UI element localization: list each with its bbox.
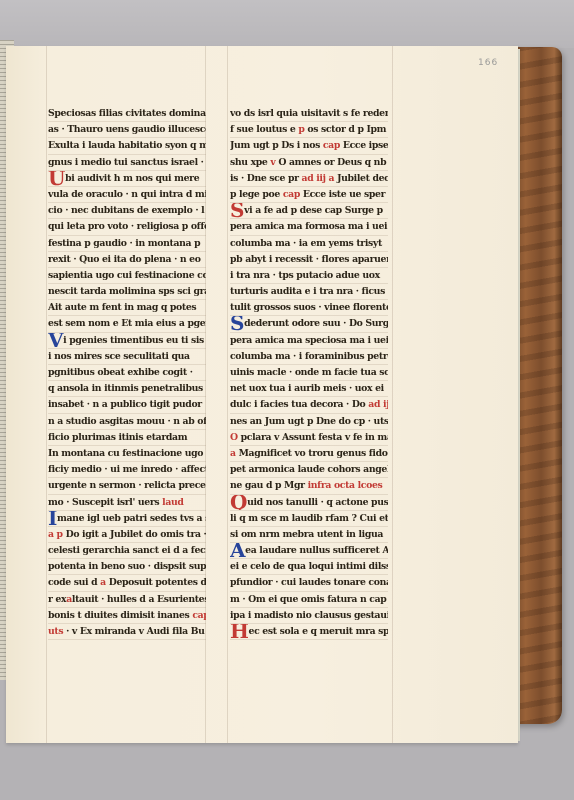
rubric: cap xyxy=(323,140,340,151)
text-line: i tra nra · tps putacio adue uox xyxy=(230,268,388,284)
rubric: a xyxy=(100,577,106,588)
text-line: p lege poe cap Ecce iste ue sper xyxy=(230,187,388,203)
rubric: a xyxy=(66,594,72,605)
text-line: Quid nos tanulli · q actone pusil xyxy=(230,495,388,511)
text-line: Hec est sola e q meruit mra sposa xyxy=(230,624,388,640)
text-line: ne gau d p Mgr infra octa lcoes xyxy=(230,478,388,494)
rubric: O xyxy=(230,432,238,443)
text-line: gnus i medio tui sanctus israel · Than · xyxy=(48,155,206,171)
ruling-line xyxy=(227,46,228,743)
right-text-column: vo ds isrl quia uisitavit s fe redempcon… xyxy=(230,106,388,640)
text-line: is · Dne sce pr ad iij a Jubilet deo · xyxy=(230,171,388,187)
rubric: a xyxy=(230,448,236,459)
rubric: ad ij xyxy=(368,399,388,410)
text-line: cio · nec dubitans de exemplo · l xyxy=(48,203,206,219)
text-line: nescit tarda molimina sps sci gra · xyxy=(48,284,206,300)
text-line: O pclara v Assunt festa v fe in mag xyxy=(230,430,388,446)
text-line: pb abyt i recessit · flores aparuert xyxy=(230,252,388,268)
text-line: est sem nom e Et mia eius a pgenie xyxy=(48,316,206,332)
text-line: vo ds isrl quia uisitavit s fe redempcon… xyxy=(230,106,388,122)
text-line: vula de oraculo · n qui intra d mi xyxy=(48,187,206,203)
text-line: dulc i facies tua decora · Do ad ij · xyxy=(230,397,388,413)
rubric: cap xyxy=(283,189,300,200)
decorated-initial: U xyxy=(48,171,65,186)
text-line: In montana cu festinacione ugo of xyxy=(48,446,206,462)
text-line: net uox tua i aurib meis · uox ei xyxy=(230,381,388,397)
text-line: Exulta i lauda habitatio syon q ma xyxy=(48,138,206,154)
text-line: pfundior · cui laudes tonare cona xyxy=(230,575,388,591)
text-line: nes an Jum ugt p Dne do cp · uts xyxy=(230,414,388,430)
decorated-initial: Q xyxy=(230,495,247,510)
text-line: uts · v Ex miranda v Audi fila Bu xyxy=(48,624,206,640)
text-line: i nos mires sce seculitati qua xyxy=(48,349,206,365)
rubric: a p xyxy=(48,529,63,540)
text-line: f sue loutus e p os sctor d p Ipm a a xyxy=(230,122,388,138)
text-line: festina p gaudio · in montana p xyxy=(48,236,206,252)
text-line: q ansola in itinmis penetralibus xyxy=(48,381,206,397)
text-line: urgente n sermon · relicta prece to xyxy=(48,478,206,494)
text-line: uinis macle · onde m facie tua so xyxy=(230,365,388,381)
ruling-line xyxy=(46,46,47,743)
left-text-column: Speciosas filias civitates dominaas · Th… xyxy=(48,106,206,640)
text-line: ficio plurimas itinis etardam xyxy=(48,430,206,446)
text-line: n a studio asgitas mouu · n ab of xyxy=(48,414,206,430)
text-line: Speciosas filias civitates domina xyxy=(48,106,206,122)
text-line: mo · Suscepit isrl' uers laud xyxy=(48,495,206,511)
rubric: uts xyxy=(48,626,63,637)
rubric: ad iij a xyxy=(302,173,335,184)
decorated-initial: I xyxy=(48,511,57,526)
text-line: tulit grossos suos · vinee florentes xyxy=(230,300,388,316)
text-line: pera amica ma formosa ma i uei xyxy=(230,219,388,235)
text-line: a p Do igit a Jubilet do omis tra · et xyxy=(48,527,206,543)
text-line: as · Thauro uens gaudio illucescere ut xyxy=(48,122,206,138)
decorated-initial: S xyxy=(230,203,244,218)
text-line: li q m sce m laudib rfam ? Cui et xyxy=(230,511,388,527)
text-line: Jum ugt p Ds i nos cap Ecce ipse sit xyxy=(230,138,388,154)
text-line: code sui d a Deposuit potentes de sede xyxy=(48,575,206,591)
decorated-initial: A xyxy=(230,543,245,558)
decorated-initial: V xyxy=(48,333,63,348)
rubric: v xyxy=(270,157,275,168)
text-line: ficiy medio · ui me inredo · affectu xyxy=(48,462,206,478)
text-line: Ubi audivit h m nos qui mere xyxy=(48,171,206,187)
text-line: pgnitibus obeat exhibe cogit · xyxy=(48,365,206,381)
text-line: m · Om ei que omis fatura n cap xyxy=(230,592,388,608)
text-line: Sdederunt odore suu · Do Surge xyxy=(230,316,388,332)
text-line: pera amica ma speciosa ma i uei xyxy=(230,333,388,349)
decorated-initial: H xyxy=(230,624,249,639)
text-line: Ait aute m fent in mag q potes xyxy=(48,300,206,316)
text-line: bonis t diuites dimisit inanes cap · xyxy=(48,608,206,624)
ruling-line xyxy=(392,46,393,743)
text-line: potenta in beno suo · dispsit supbos mte xyxy=(48,559,206,575)
text-line: rexit · Quo ei ita do plena · n eo xyxy=(48,252,206,268)
text-line: ei e celo de qua loqui intimi dilsso xyxy=(230,559,388,575)
text-line: columba ma · i foraminibus petre i ca xyxy=(230,349,388,365)
background xyxy=(0,0,574,48)
text-line: Vi pgenies timentibus eu ti sis Visitat xyxy=(48,333,206,349)
text-line: Imane igl ueb patri sedes tvs a sclo xyxy=(48,511,206,527)
rubric: cap xyxy=(192,610,206,621)
text-line: a Magnificet vo troru genus fidolu dece xyxy=(230,446,388,462)
folio-number: 166 xyxy=(478,58,498,68)
decorated-initial: S xyxy=(230,316,244,331)
text-line: ipa i madisto nio clausus gestauit · xyxy=(230,608,388,624)
text-line: sapientia ugo cui festinacione conscendi… xyxy=(48,268,206,284)
rubric: laud xyxy=(162,497,183,508)
rubric: infra octa lcoes xyxy=(308,480,383,491)
text-line: pet armonica laude cohors angelica i mc xyxy=(230,462,388,478)
text-line: si om nrm mebra utent in ligua xyxy=(230,527,388,543)
text-line: Aea laudare nullus sufficeret Alios xyxy=(230,543,388,559)
rubric: p xyxy=(298,124,304,135)
text-line: qui leta pro voto · religiosa p offo · xyxy=(48,219,206,235)
text-line: columba ma · ia em yems trisyt xyxy=(230,236,388,252)
text-line: r exaltauit · hulles d a Esurientes iple xyxy=(48,592,206,608)
text-line: turturis audita e i tra nra · ficus pro xyxy=(230,284,388,300)
text-line: celesti gerarchia sanct ei d a fecit do xyxy=(48,543,206,559)
text-line: Svi a fe ad p dese cap Surge p xyxy=(230,203,388,219)
text-line: insabet · n a publico tigit pudor xyxy=(48,397,206,413)
text-line: shu xpe v O amnes or Deus q nb tbu xyxy=(230,155,388,171)
